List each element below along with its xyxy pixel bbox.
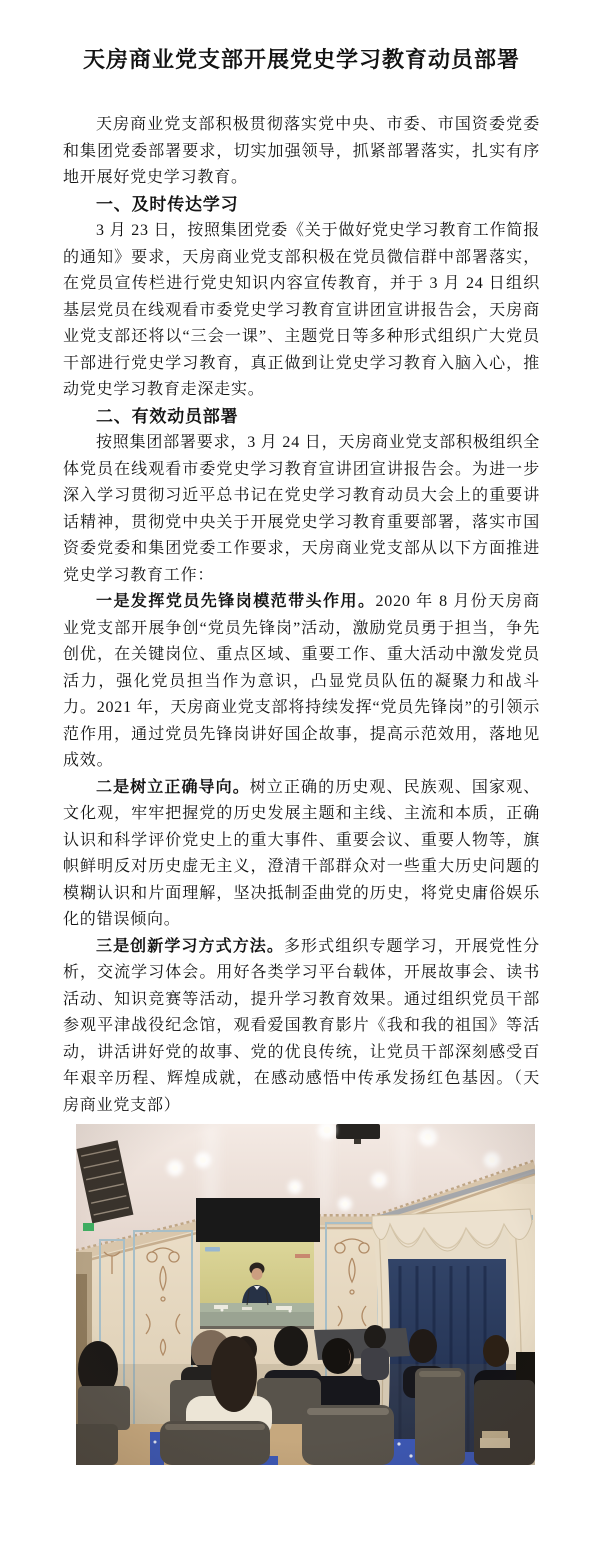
paragraph-point-2: 二是树立正确导向。树立正确的历史观、民族观、国家观、文化观，牢牢把握党的历史发展… <box>63 775 540 934</box>
section-heading-2: 二、有效动员部署 <box>63 404 540 431</box>
paragraph-text: 按照集团部署要求，3 月 24 日，天房商业党支部积极组织全体党员在线观看市委党… <box>63 434 540 584</box>
section-heading-1: 一、及时传达学习 <box>63 192 540 219</box>
paragraph-text: 2020 年 8 月份天房商业党支部开展争创“党员先锋岗”活动，激励党员勇于担当… <box>63 593 540 769</box>
paragraph-section-2: 按照集团部署要求，3 月 24 日，天房商业党支部积极组织全体党员在线观看市委党… <box>63 430 540 589</box>
paragraph-lead: 一是发挥党员先锋岗模范带头作用。 <box>96 593 375 610</box>
paragraph-text: 天房商业党支部积极贯彻落实党中央、市委、市国资委党委和集团党委部署要求，切实加强… <box>63 116 540 186</box>
paragraph-lead: 二是树立正确导向。 <box>96 779 250 796</box>
photo-vignette <box>76 1124 535 1465</box>
page-title: 天房商业党支部开展党史学习教育动员部署 <box>63 44 540 76</box>
paragraph-point-1: 一是发挥党员先锋岗模范带头作用。2020 年 8 月份天房商业党支部开展争创“党… <box>63 589 540 775</box>
paragraph-section-1: 3 月 23 日，按照集团党委《关于做好党史学习教育工作简报的通知》要求，天房商… <box>63 218 540 404</box>
meeting-photo <box>76 1124 535 1465</box>
paragraph-intro: 天房商业党支部积极贯彻落实党中央、市委、市国资委党委和集团党委部署要求，切实加强… <box>63 112 540 192</box>
paragraph-text: 多形式组织专题学习，开展党性分析，交流学习体会。用好各类学习平台载体，开展故事会… <box>63 938 540 1114</box>
paragraph-text: 树立正确的历史观、民族观、国家观、文化观，牢牢把握党的历史发展主题和主线、主流和… <box>63 779 540 929</box>
paragraph-text: 3 月 23 日，按照集团党委《关于做好党史学习教育工作简报的通知》要求，天房商… <box>63 222 540 398</box>
document-page: 天房商业党支部开展党史学习教育动员部署 天房商业党支部积极贯彻落实党中央、市委、… <box>0 44 540 1465</box>
meeting-photo-scene <box>76 1124 535 1465</box>
paragraph-point-3: 三是创新学习方式方法。多形式组织专题学习，开展党性分析，交流学习体会。用好各类学… <box>63 934 540 1120</box>
paragraph-lead: 三是创新学习方式方法。 <box>96 938 284 955</box>
